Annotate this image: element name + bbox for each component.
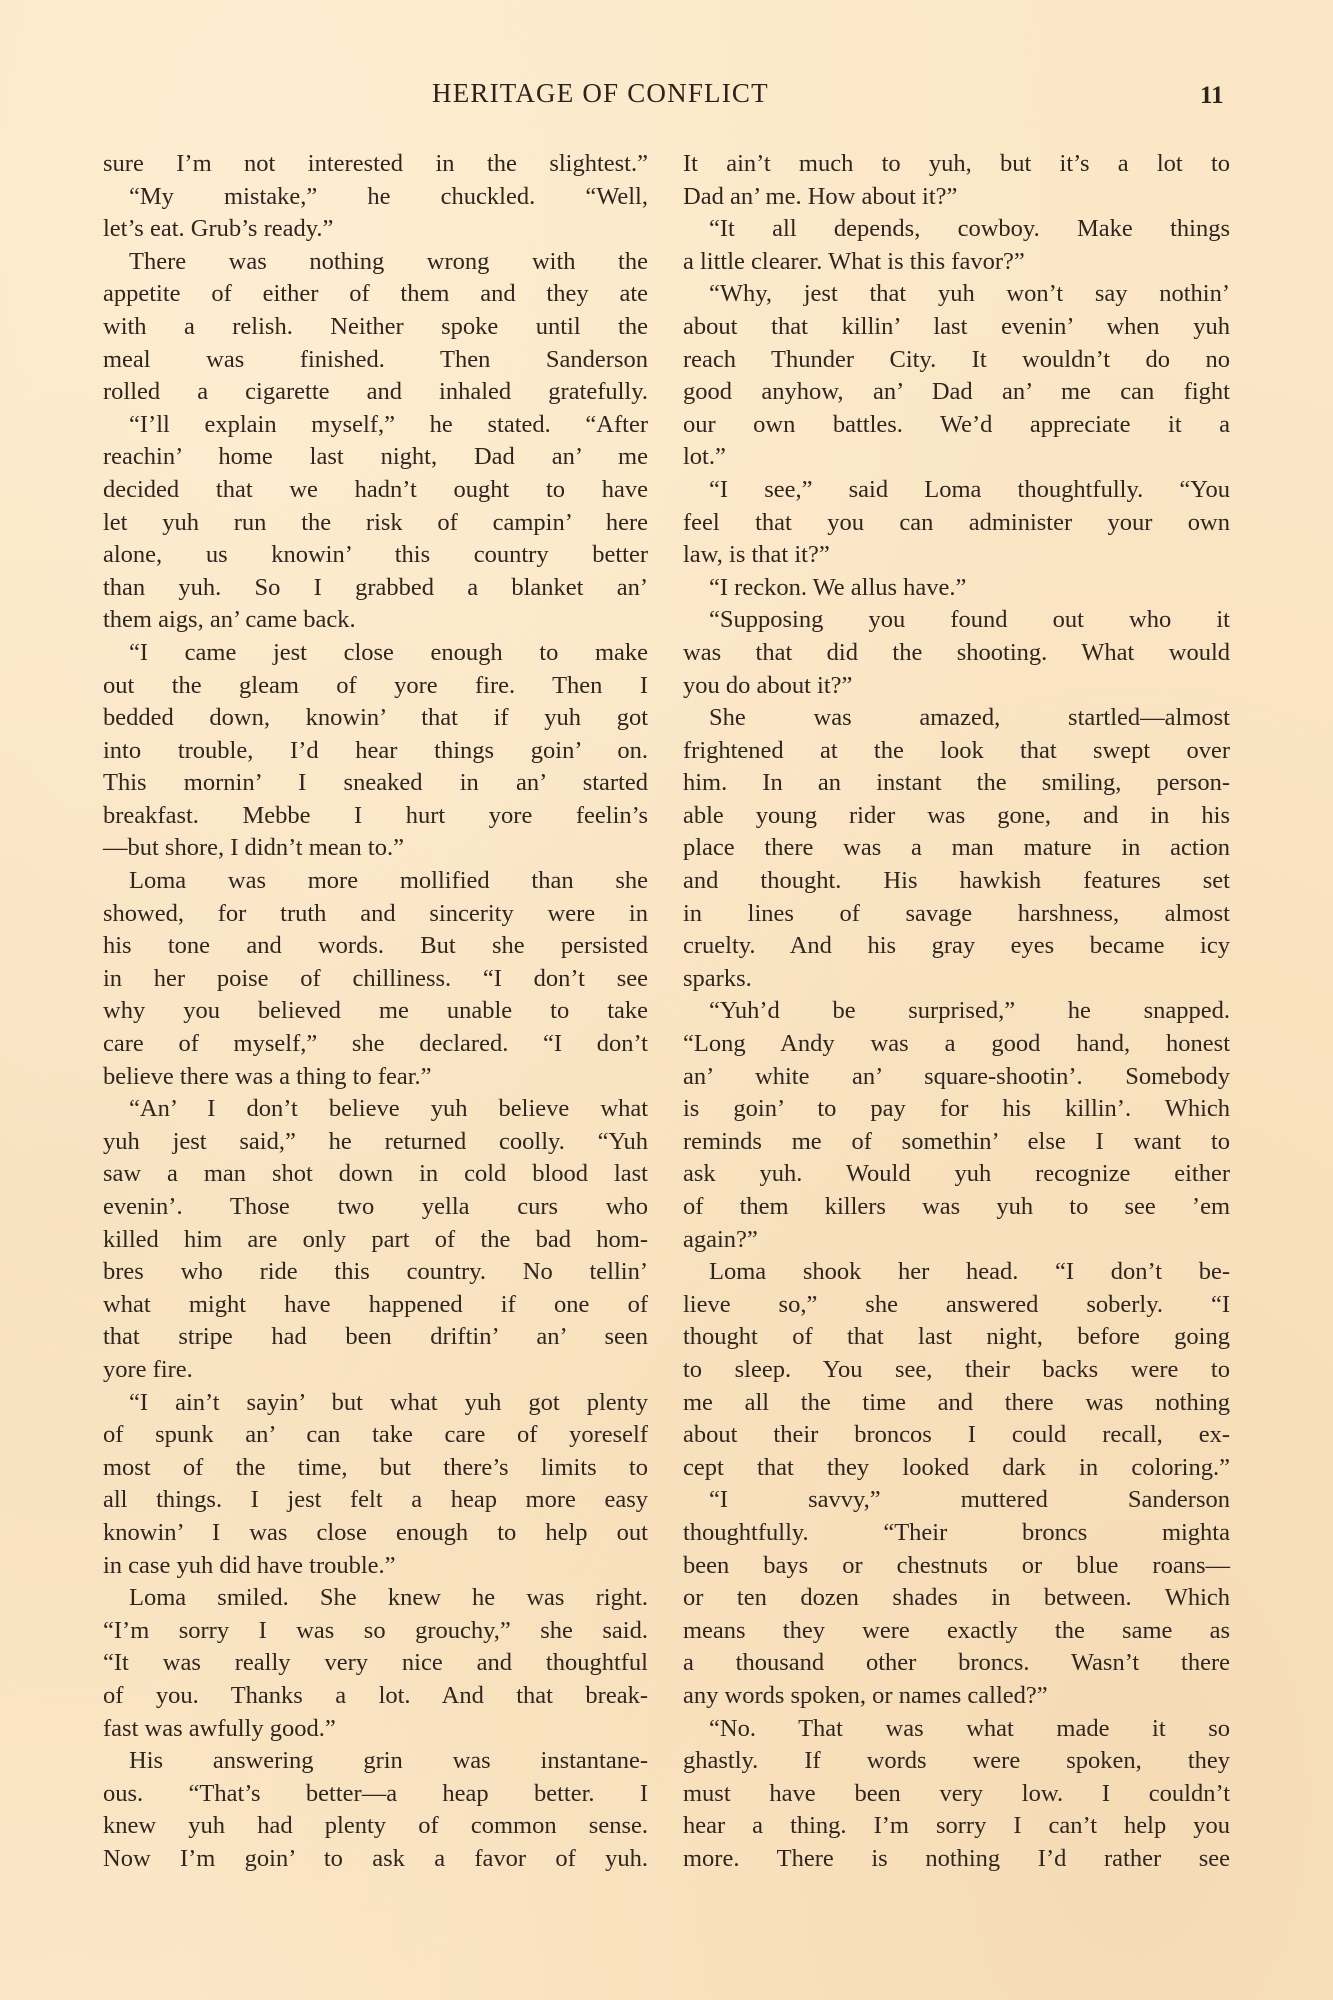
text-line: Loma was more mollified than she <box>103 865 648 898</box>
text-line: any words spoken, or names called?” <box>683 1680 1230 1713</box>
text-line: into trouble, I’d hear things goin’ on. <box>103 735 648 768</box>
text-line: alone, us knowin’ this country better <box>103 539 648 572</box>
text-line: It ain’t much to yuh, but it’s a lot to <box>683 148 1230 181</box>
text-line: a little clearer. What is this favor?” <box>683 246 1230 279</box>
text-line: decided that we hadn’t ought to have <box>103 474 648 507</box>
text-line: let’s eat. Grub’s ready.” <box>103 213 648 246</box>
text-line: what might have happened if one of <box>103 1289 648 1322</box>
text-line: of spunk an’ can take care of yoreself <box>103 1419 648 1452</box>
text-line: cept that they looked dark in coloring.” <box>683 1452 1230 1485</box>
text-line: of them killers was yuh to see ’em <box>683 1191 1230 1224</box>
text-line: hear a thing. I’m sorry I can’t help you <box>683 1810 1230 1843</box>
text-line: cruelty. And his gray eyes became icy <box>683 930 1230 963</box>
text-line: lieve so,” she answered soberly. “I <box>683 1289 1230 1322</box>
text-line: reachin’ home last night, Dad an’ me <box>103 441 648 474</box>
text-line: me all the time and there was nothing <box>683 1387 1230 1420</box>
text-line: bres who ride this country. No tellin’ <box>103 1256 648 1289</box>
text-line: more. There is nothing I’d rather see <box>683 1843 1230 1876</box>
running-title: HERITAGE OF CONFLICT <box>432 78 769 109</box>
text-line: most of the time, but there’s limits to <box>103 1452 648 1485</box>
text-line: good anyhow, an’ Dad an’ me can fight <box>683 376 1230 409</box>
text-line: ous. “That’s better—a heap better. I <box>103 1778 648 1811</box>
text-line: him. In an instant the smiling, person- <box>683 767 1230 800</box>
text-line: “I’ll explain myself,” he stated. “After <box>103 409 648 442</box>
text-line: out the gleam of yore fire. Then I <box>103 670 648 703</box>
text-line: ghastly. If words were spoken, they <box>683 1745 1230 1778</box>
text-line: —but shore, I didn’t mean to.” <box>103 832 648 865</box>
text-line: in case yuh did have trouble.” <box>103 1550 648 1583</box>
text-line: rolled a cigarette and inhaled gratefull… <box>103 376 648 409</box>
text-line: reach Thunder City. It wouldn’t do no <box>683 344 1230 377</box>
text-line: There was nothing wrong with the <box>103 246 648 279</box>
page-header: HERITAGE OF CONFLICT 11 <box>0 78 1333 118</box>
text-line: to sleep. You see, their backs were to <box>683 1354 1230 1387</box>
text-line: an’ white an’ square-shootin’. Somebody <box>683 1061 1230 1094</box>
text-line: that stripe had been driftin’ an’ seen <box>103 1321 648 1354</box>
text-line: “I’m sorry I was so grouchy,” she said. <box>103 1615 648 1648</box>
text-line: fast was awfully good.” <box>103 1713 648 1746</box>
text-line: about that killin’ last evenin’ when yuh <box>683 311 1230 344</box>
text-line: Loma smiled. She knew he was right. <box>103 1582 648 1615</box>
text-line: Loma shook her head. “I don’t be- <box>683 1256 1230 1289</box>
text-line: killed him are only part of the bad hom- <box>103 1224 648 1257</box>
text-line: was that did the shooting. What would <box>683 637 1230 670</box>
text-line: again?” <box>683 1224 1230 1257</box>
text-line: “It was really very nice and thoughtful <box>103 1647 648 1680</box>
text-line: you do about it?” <box>683 670 1230 703</box>
text-line: evenin’. Those two yella curs who <box>103 1191 648 1224</box>
text-line: about their broncos I could recall, ex- <box>683 1419 1230 1452</box>
text-line: lot.” <box>683 441 1230 474</box>
text-line: all things. I jest felt a heap more easy <box>103 1484 648 1517</box>
text-line: why you believed me unable to take <box>103 995 648 1028</box>
text-line: knowin’ I was close enough to help out <box>103 1517 648 1550</box>
text-line: law, is that it?” <box>683 539 1230 572</box>
text-line: feel that you can administer your own <box>683 507 1230 540</box>
text-line: This mornin’ I sneaked in an’ started <box>103 767 648 800</box>
text-line: sure I’m not interested in the slightest… <box>103 148 648 181</box>
text-line: His answering grin was instantane- <box>103 1745 648 1778</box>
text-line: “I came jest close enough to make <box>103 637 648 670</box>
text-line: reminds me of somethin’ else I want to <box>683 1126 1230 1159</box>
text-line: is goin’ to pay for his killin’. Which <box>683 1093 1230 1126</box>
text-line: sparks. <box>683 963 1230 996</box>
text-line: and thought. His hawkish features set <box>683 865 1230 898</box>
text-line: of you. Thanks a lot. And that break- <box>103 1680 648 1713</box>
text-line: thoughtfully. “Their broncs mighta <box>683 1517 1230 1550</box>
text-line: “I ain’t sayin’ but what yuh got plenty <box>103 1387 648 1420</box>
text-line: place there was a man mature in action <box>683 832 1230 865</box>
text-line: been bays or chestnuts or blue roans— <box>683 1550 1230 1583</box>
text-line: “Why, jest that yuh won’t say nothin’ <box>683 278 1230 311</box>
text-line: must have been very low. I couldn’t <box>683 1778 1230 1811</box>
text-line: in lines of savage harshness, almost <box>683 898 1230 931</box>
text-line: “An’ I don’t believe yuh believe what <box>103 1093 648 1126</box>
text-column-left: sure I’m not interested in the slightest… <box>103 148 648 1875</box>
text-line: “I see,” said Loma thoughtfully. “You <box>683 474 1230 507</box>
text-line: meal was finished. Then Sanderson <box>103 344 648 377</box>
text-line: appetite of either of them and they ate <box>103 278 648 311</box>
text-line: them aigs, an’ came back. <box>103 604 648 637</box>
text-line: or ten dozen shades in between. Which <box>683 1582 1230 1615</box>
text-line: showed, for truth and sincerity were in <box>103 898 648 931</box>
text-line: “Supposing you found out who it <box>683 604 1230 637</box>
text-line: Now I’m goin’ to ask a favor of yuh. <box>103 1843 648 1876</box>
text-line: Dad an’ me. How about it?” <box>683 181 1230 214</box>
text-line: let yuh run the risk of campin’ here <box>103 507 648 540</box>
text-line: ask yuh. Would yuh recognize either <box>683 1158 1230 1191</box>
text-line: “My mistake,” he chuckled. “Well, <box>103 181 648 214</box>
text-line: means they were exactly the same as <box>683 1615 1230 1648</box>
text-line: “I savvy,” muttered Sanderson <box>683 1484 1230 1517</box>
text-line: “It all depends, cowboy. Make things <box>683 213 1230 246</box>
text-line: his tone and words. But she persisted <box>103 930 648 963</box>
text-line: bedded down, knowin’ that if yuh got <box>103 702 648 735</box>
page-number: 11 <box>1200 82 1224 110</box>
text-line: believe there was a thing to fear.” <box>103 1061 648 1094</box>
text-line: yuh jest said,” he returned coolly. “Yuh <box>103 1126 648 1159</box>
text-line: saw a man shot down in cold blood last <box>103 1158 648 1191</box>
text-line: our own battles. We’d appreciate it a <box>683 409 1230 442</box>
text-line: She was amazed, startled—almost <box>683 702 1230 735</box>
text-line: frightened at the look that swept over <box>683 735 1230 768</box>
text-line: than yuh. So I grabbed a blanket an’ <box>103 572 648 605</box>
text-line: thought of that last night, before going <box>683 1321 1230 1354</box>
text-line: able young rider was gone, and in his <box>683 800 1230 833</box>
text-line: “Yuh’d be surprised,” he snapped. <box>683 995 1230 1028</box>
text-line: a thousand other broncs. Wasn’t there <box>683 1647 1230 1680</box>
text-line: knew yuh had plenty of common sense. <box>103 1810 648 1843</box>
text-line: “I reckon. We allus have.” <box>683 572 1230 605</box>
text-line: yore fire. <box>103 1354 648 1387</box>
text-line: “No. That was what made it so <box>683 1713 1230 1746</box>
text-line: “Long Andy was a good hand, honest <box>683 1028 1230 1061</box>
text-line: breakfast. Mebbe I hurt yore feelin’s <box>103 800 648 833</box>
text-line: with a relish. Neither spoke until the <box>103 311 648 344</box>
text-column-right: It ain’t much to yuh, but it’s a lot toD… <box>683 148 1230 1875</box>
text-line: in her poise of chilliness. “I don’t see <box>103 963 648 996</box>
text-line: care of myself,” she declared. “I don’t <box>103 1028 648 1061</box>
